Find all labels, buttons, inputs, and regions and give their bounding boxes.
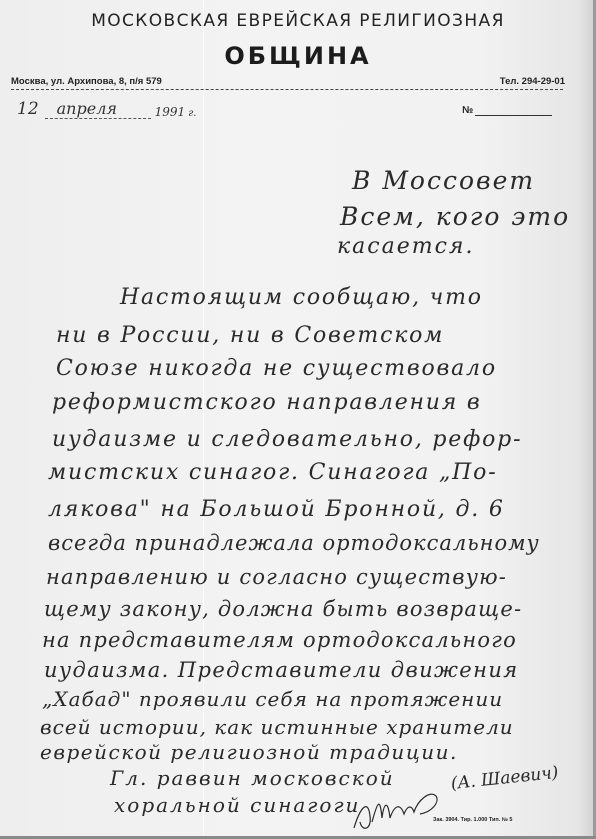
number-blank-line xyxy=(475,105,552,116)
document-number-field: № xyxy=(462,105,552,116)
addressee-line: Всем, кого это xyxy=(340,202,570,231)
addressee-line: В Моссовет xyxy=(352,166,535,195)
paper-fold-line xyxy=(203,0,204,839)
body-line: еврейской религиозной традиции. xyxy=(40,740,458,764)
organization-name-line2: ОБЩИНА xyxy=(0,42,596,70)
date-suffix: г. xyxy=(188,108,196,119)
date-year: 1991 xyxy=(155,105,186,119)
body-line: ни в России, ни в Советском xyxy=(56,323,444,348)
body-line: на представителям ортодоксального xyxy=(42,628,517,652)
body-line: лякова" на Большой Бронной, д. 6 xyxy=(48,497,505,522)
body-line: иудаизме и следовательно, рефор- xyxy=(52,427,522,452)
organization-address: Москва, ул. Архипова, 8, п/я 579 xyxy=(11,76,162,87)
letterhead-divider xyxy=(11,89,563,90)
organization-name-line1: МОСКОВСКАЯ ЕВРЕЙСКАЯ РЕЛИГИОЗНАЯ xyxy=(0,11,596,31)
body-line: всей истории, как истинные хранители xyxy=(40,715,514,739)
addressee-line: касается. xyxy=(337,234,474,259)
organization-phone: Тел. 294-29-01 xyxy=(500,76,565,87)
body-line: всегда принадлежала ортодоксальному xyxy=(48,531,540,555)
signatory-title-line2: хоральной синагоги xyxy=(114,793,360,817)
body-line: Союзе никогда не существовало xyxy=(56,356,497,381)
print-run-info: Зак. 3904. Тир. 1.000 Тип. № 5 xyxy=(433,817,512,823)
body-line: иудаизма. Представители движения xyxy=(44,658,519,682)
date-day: 12 xyxy=(17,99,39,119)
handwritten-signature-icon xyxy=(350,778,450,834)
body-line: „Хабад" проявили себя на протяжении xyxy=(42,687,503,711)
body-line: Настоящим сообщаю, что xyxy=(120,285,483,310)
date-field: 12 апреля 1991 г. xyxy=(13,97,196,119)
body-line: направлению и согласно существую- xyxy=(46,565,507,589)
letter-page: МОСКОВСКАЯ ЕВРЕЙСКАЯ РЕЛИГИОЗНАЯ ОБЩИНА … xyxy=(0,0,596,839)
body-line: щему закону, должна быть возвраще- xyxy=(44,597,522,621)
number-label: № xyxy=(462,105,473,116)
date-month: апреля xyxy=(45,99,151,119)
body-line: реформистского направления в xyxy=(52,390,482,415)
body-line: мистских синагог. Синагога „По- xyxy=(48,460,497,485)
signatory-printed-name: (А. Шаевич) xyxy=(450,763,559,794)
